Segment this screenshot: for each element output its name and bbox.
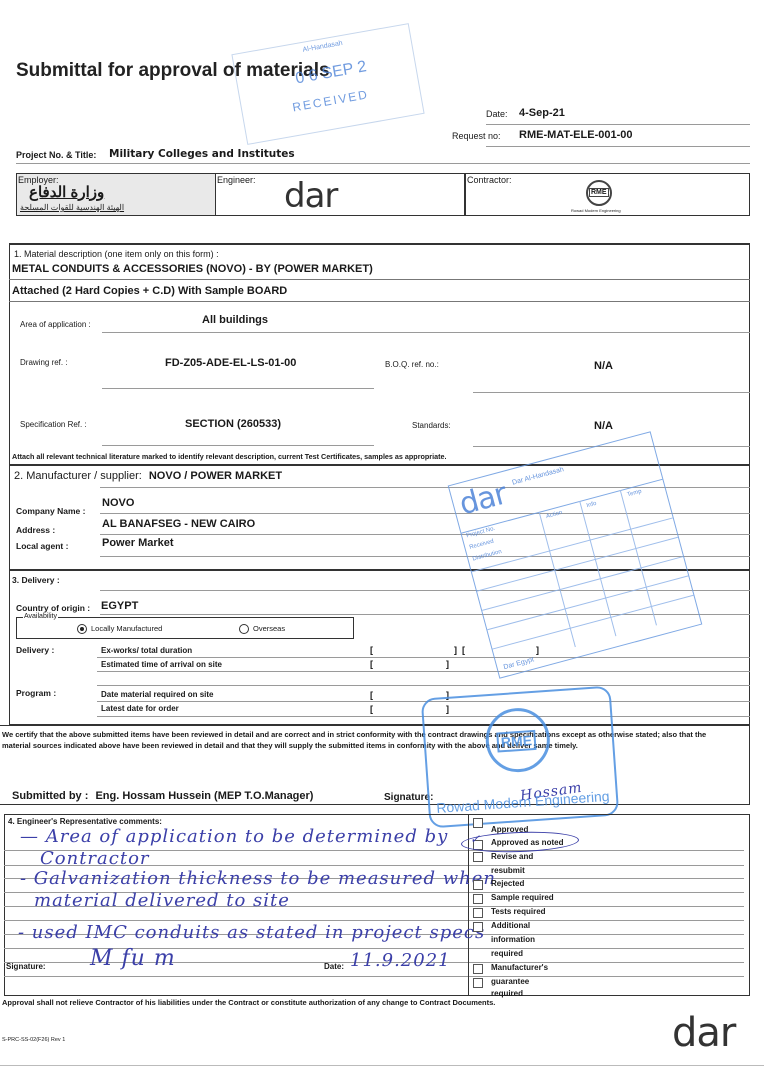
material-description: METAL CONDUITS & ACCESSORIES (NOVO) - BY… bbox=[12, 263, 373, 275]
program-item-2: Latest date for order bbox=[101, 704, 179, 713]
program-label: Program : bbox=[16, 688, 56, 698]
approval-disclaimer: Approval shall not relieve Contractor of… bbox=[2, 998, 495, 1007]
company-value: NOVO bbox=[102, 497, 134, 509]
bracket-field[interactable]: [ bbox=[370, 645, 373, 655]
contractor-label: Contractor: bbox=[467, 175, 512, 185]
project-value: Military Colleges and Institutes bbox=[109, 148, 295, 160]
drawing-label: Drawing ref. : bbox=[20, 358, 68, 367]
area-label: Area of application : bbox=[20, 320, 91, 329]
comment-line-2: Contractor bbox=[40, 848, 150, 869]
spec-value: SECTION (260533) bbox=[185, 418, 281, 430]
checkbox-revise-resubmit[interactable] bbox=[473, 852, 483, 862]
availability-group: Availability Locally Manufactured Overse… bbox=[16, 617, 354, 639]
drawing-value: FD-Z05-ADE-EL-LS-01-00 bbox=[165, 357, 296, 369]
certification-text: We certify that the above submitted item… bbox=[2, 730, 737, 751]
checkbox-guarantee[interactable] bbox=[473, 978, 483, 988]
engineer-date: 11.9.2021 bbox=[350, 950, 451, 971]
received-stamp-org: Al-Handasah bbox=[302, 40, 343, 54]
section3-heading: 3. Delivery : bbox=[12, 575, 60, 585]
delivery-item-2: Estimated time of arrival on site bbox=[101, 660, 222, 669]
employer-box: Employer: وزارة الدفاع الهيئة الهندسية ل… bbox=[16, 173, 216, 216]
submitted-by-value: Eng. Hossam Hussein (MEP T.O.Manager) bbox=[95, 790, 313, 802]
comment-line-3: - Galvanization thickness to be measured… bbox=[20, 868, 496, 889]
employer-subname: الهيئة الهندسية للقوات المسلحة bbox=[20, 203, 124, 212]
boq-label: B.O.Q. ref. no.: bbox=[385, 360, 439, 369]
boq-value: N/A bbox=[594, 360, 613, 372]
delivery-item-1: Ex-works/ total duration bbox=[101, 646, 192, 655]
program-item-1: Date material required on site bbox=[101, 690, 213, 699]
checkbox-additional-info[interactable] bbox=[473, 922, 483, 932]
standards-value: N/A bbox=[594, 420, 613, 432]
date-label: Date: bbox=[486, 109, 508, 119]
form-code: S-PRC-SS-02(F26) Rev 1 bbox=[2, 1037, 65, 1043]
bracket-field[interactable]: [ bbox=[370, 704, 373, 714]
agent-value: Power Market bbox=[102, 537, 174, 549]
comment-line-5: - used IMC conduits as stated in project… bbox=[18, 922, 485, 943]
bracket-field[interactable]: [ bbox=[370, 690, 373, 700]
checkbox-manufacturers[interactable] bbox=[473, 964, 483, 974]
received-stamp-text: RECEIVED bbox=[291, 87, 370, 114]
agent-label: Local agent : bbox=[16, 541, 68, 551]
approved-check-mark: ✓ bbox=[470, 832, 481, 846]
rme-stamp-logo-icon: RME bbox=[484, 706, 552, 774]
request-value: RME-MAT-ELE-001-00 bbox=[519, 129, 632, 141]
rme-company-stamp: RME Rowad Modern Engineering bbox=[421, 686, 620, 829]
request-label: Request no: bbox=[452, 131, 501, 141]
checkbox-tests-required[interactable] bbox=[473, 908, 483, 918]
option-locally-manufactured[interactable]: Locally Manufactured bbox=[77, 624, 162, 634]
manufacturer-value: NOVO / POWER MARKET bbox=[149, 470, 282, 482]
contractor-box: Contractor: RME Rowad Modern Engineering bbox=[465, 173, 750, 216]
attachment-text: Attached (2 Hard Copies + C.D) With Samp… bbox=[12, 285, 287, 297]
engineer-date-label: Date: bbox=[324, 962, 344, 971]
origin-value: EGYPT bbox=[101, 600, 138, 612]
standards-label: Standards: bbox=[412, 421, 451, 430]
section1-heading: 1. Material description (one item only o… bbox=[14, 249, 219, 259]
delivery-label: Delivery : bbox=[16, 645, 54, 655]
date-value: 4-Sep-21 bbox=[519, 107, 565, 119]
address-label: Address : bbox=[16, 525, 55, 535]
bracket-field[interactable]: [ bbox=[370, 659, 373, 669]
option-overseas[interactable]: Overseas bbox=[239, 624, 285, 634]
received-stamp-date: 0 6 SEP 2 bbox=[294, 58, 368, 88]
radio-locally-manufactured[interactable] bbox=[77, 624, 87, 634]
address-value: AL BANAFSEG - NEW CAIRO bbox=[102, 518, 255, 530]
origin-label: Country of origin : bbox=[16, 603, 90, 613]
employer-name: وزارة الدفاع bbox=[29, 183, 104, 201]
availability-label: Availability bbox=[23, 613, 58, 620]
engineer-dar-logo: dar bbox=[284, 176, 337, 216]
engineer-signature-label: Signature: bbox=[6, 962, 46, 971]
project-label: Project No. & Title: bbox=[16, 150, 96, 160]
bracket-field[interactable]: [ bbox=[462, 645, 465, 655]
comment-line-1: — Area of application to be determined b… bbox=[20, 826, 448, 847]
section-1 bbox=[9, 243, 750, 465]
section4-heading: 4. Engineer's Representative comments: bbox=[8, 817, 162, 826]
radio-overseas[interactable] bbox=[239, 624, 249, 634]
checkbox-rejected[interactable] bbox=[473, 880, 483, 890]
checkbox-approved[interactable] bbox=[473, 818, 483, 828]
section2-heading: 2. Manufacturer / supplier: NOVO / POWER… bbox=[14, 470, 282, 482]
comment-line-4: material delivered to site bbox=[34, 890, 290, 911]
engineer-label: Engineer: bbox=[217, 175, 256, 185]
checkbox-sample-required[interactable] bbox=[473, 894, 483, 904]
attach-note: Attach all relevant technical literature… bbox=[12, 452, 446, 461]
submitted-label: Submitted by : Eng. Hossam Hussein (MEP … bbox=[12, 790, 313, 802]
footer-dar-logo: dar bbox=[672, 1010, 735, 1056]
spec-label: Specification Ref. : bbox=[20, 420, 87, 429]
company-label: Company Name : bbox=[16, 506, 85, 516]
contractor-name: Rowad Modern Engineering bbox=[571, 208, 621, 213]
rme-logo-icon: RME bbox=[586, 180, 612, 206]
received-stamp: Al-Handasah 0 6 SEP 2 RECEIVED bbox=[231, 23, 424, 145]
engineer-signature: M fu m bbox=[90, 946, 176, 971]
area-value: All buildings bbox=[202, 314, 268, 326]
submitter-signature-label: Signature: bbox=[384, 792, 433, 803]
engineer-box: Engineer: dar bbox=[215, 173, 465, 216]
